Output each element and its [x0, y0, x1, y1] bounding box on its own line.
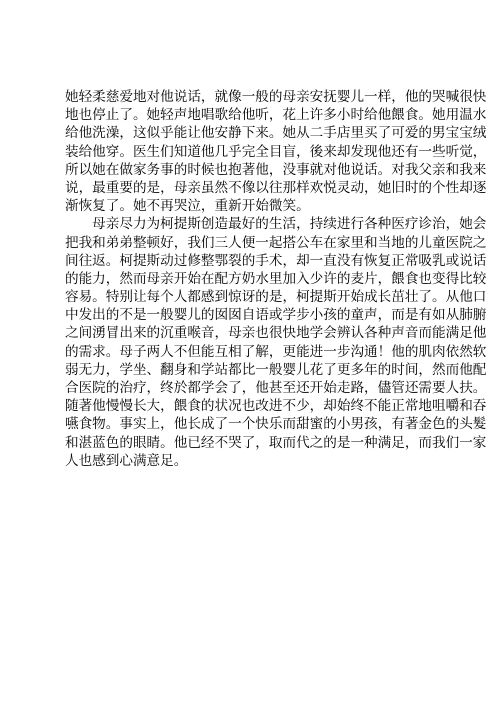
body-text: 她轻柔慈爱地对他说话，就像一般的母亲安抚婴儿一样，他的哭喊很快 地也停止了。她轻…	[65, 88, 439, 470]
text-line: 间往返。柯提斯动过修整鄂裂的手术，却一直没有恢复正常吸乳或说话	[65, 252, 439, 270]
text-line: 母亲尽力为柯提斯创造最好的生活，持续进行各种医疗诊治，她会	[65, 215, 439, 233]
text-line: 装给他穿。医生们知道他几乎完全目盲，後来却发现他还有一些听觉，	[65, 143, 439, 161]
text-line: 随著他慢慢长大，餵食的状况也改进不少，却始终不能正常地咀嚼和吞	[65, 397, 439, 415]
text-line: 弱无力，学坐、翻身和学站都比一般婴儿花了更多年的时间，然而他配	[65, 361, 439, 379]
text-line: 所以她在做家务事的时候也抱著他，没事就对他说话。对我父亲和我来	[65, 161, 439, 179]
text-line: 之间湧冒出来的沉重喉音，母亲也很快地学会辨认各种声音而能满足他	[65, 324, 439, 342]
document-page: 她轻柔慈爱地对他说话，就像一般的母亲安抚婴儿一样，他的哭喊很快 地也停止了。她轻…	[0, 0, 501, 711]
text-line: 的需求。母子两人不但能互相了解，更能进一步沟通！他的肌肉依然软	[65, 343, 439, 361]
text-line: 嚥食物。事实上，他长成了一个快乐而甜蜜的小男孩，有著金色的头髮	[65, 415, 439, 433]
text-line: 地也停止了。她轻声地唱歌给他听，花上许多小时给他餵食。她用温水	[65, 106, 439, 124]
text-line: 人也感到心满意足。	[65, 452, 439, 470]
text-line: 渐恢复了。她不再哭泣，重新开始微笑。	[65, 197, 439, 215]
text-line: 把我和弟弟整顿好，我们三人便一起搭公车在家里和当地的儿童医院之	[65, 234, 439, 252]
text-line: 的能力，然而母亲开始在配方奶水里加入少许的麦片，餵食也变得比较	[65, 270, 439, 288]
text-line: 她轻柔慈爱地对他说话，就像一般的母亲安抚婴儿一样，他的哭喊很快	[65, 88, 439, 106]
text-line: 中发出的不是一般婴儿的囡囡自语或学步小孩的童声，而是有如从肺腑	[65, 306, 439, 324]
text-line: 容易。特别让每个人都感到惊讶的是，柯提斯开始成长茁壮了。从他口	[65, 288, 439, 306]
text-line: 和湛蓝色的眼睛。他已经不哭了，取而代之的是一种满足，而我们一家	[65, 434, 439, 452]
text-line: 说，最重要的是，母亲虽然不像以往那样欢悦灵动，她旧时的个性却逐	[65, 179, 439, 197]
text-line: 给他洗澡，这似乎能让他安静下来。她从二手店里买了可爱的男宝宝绒	[65, 124, 439, 142]
text-line: 合医院的治疗，终於都学会了，他甚至还开始走路，儘管还需要人扶。	[65, 379, 439, 397]
